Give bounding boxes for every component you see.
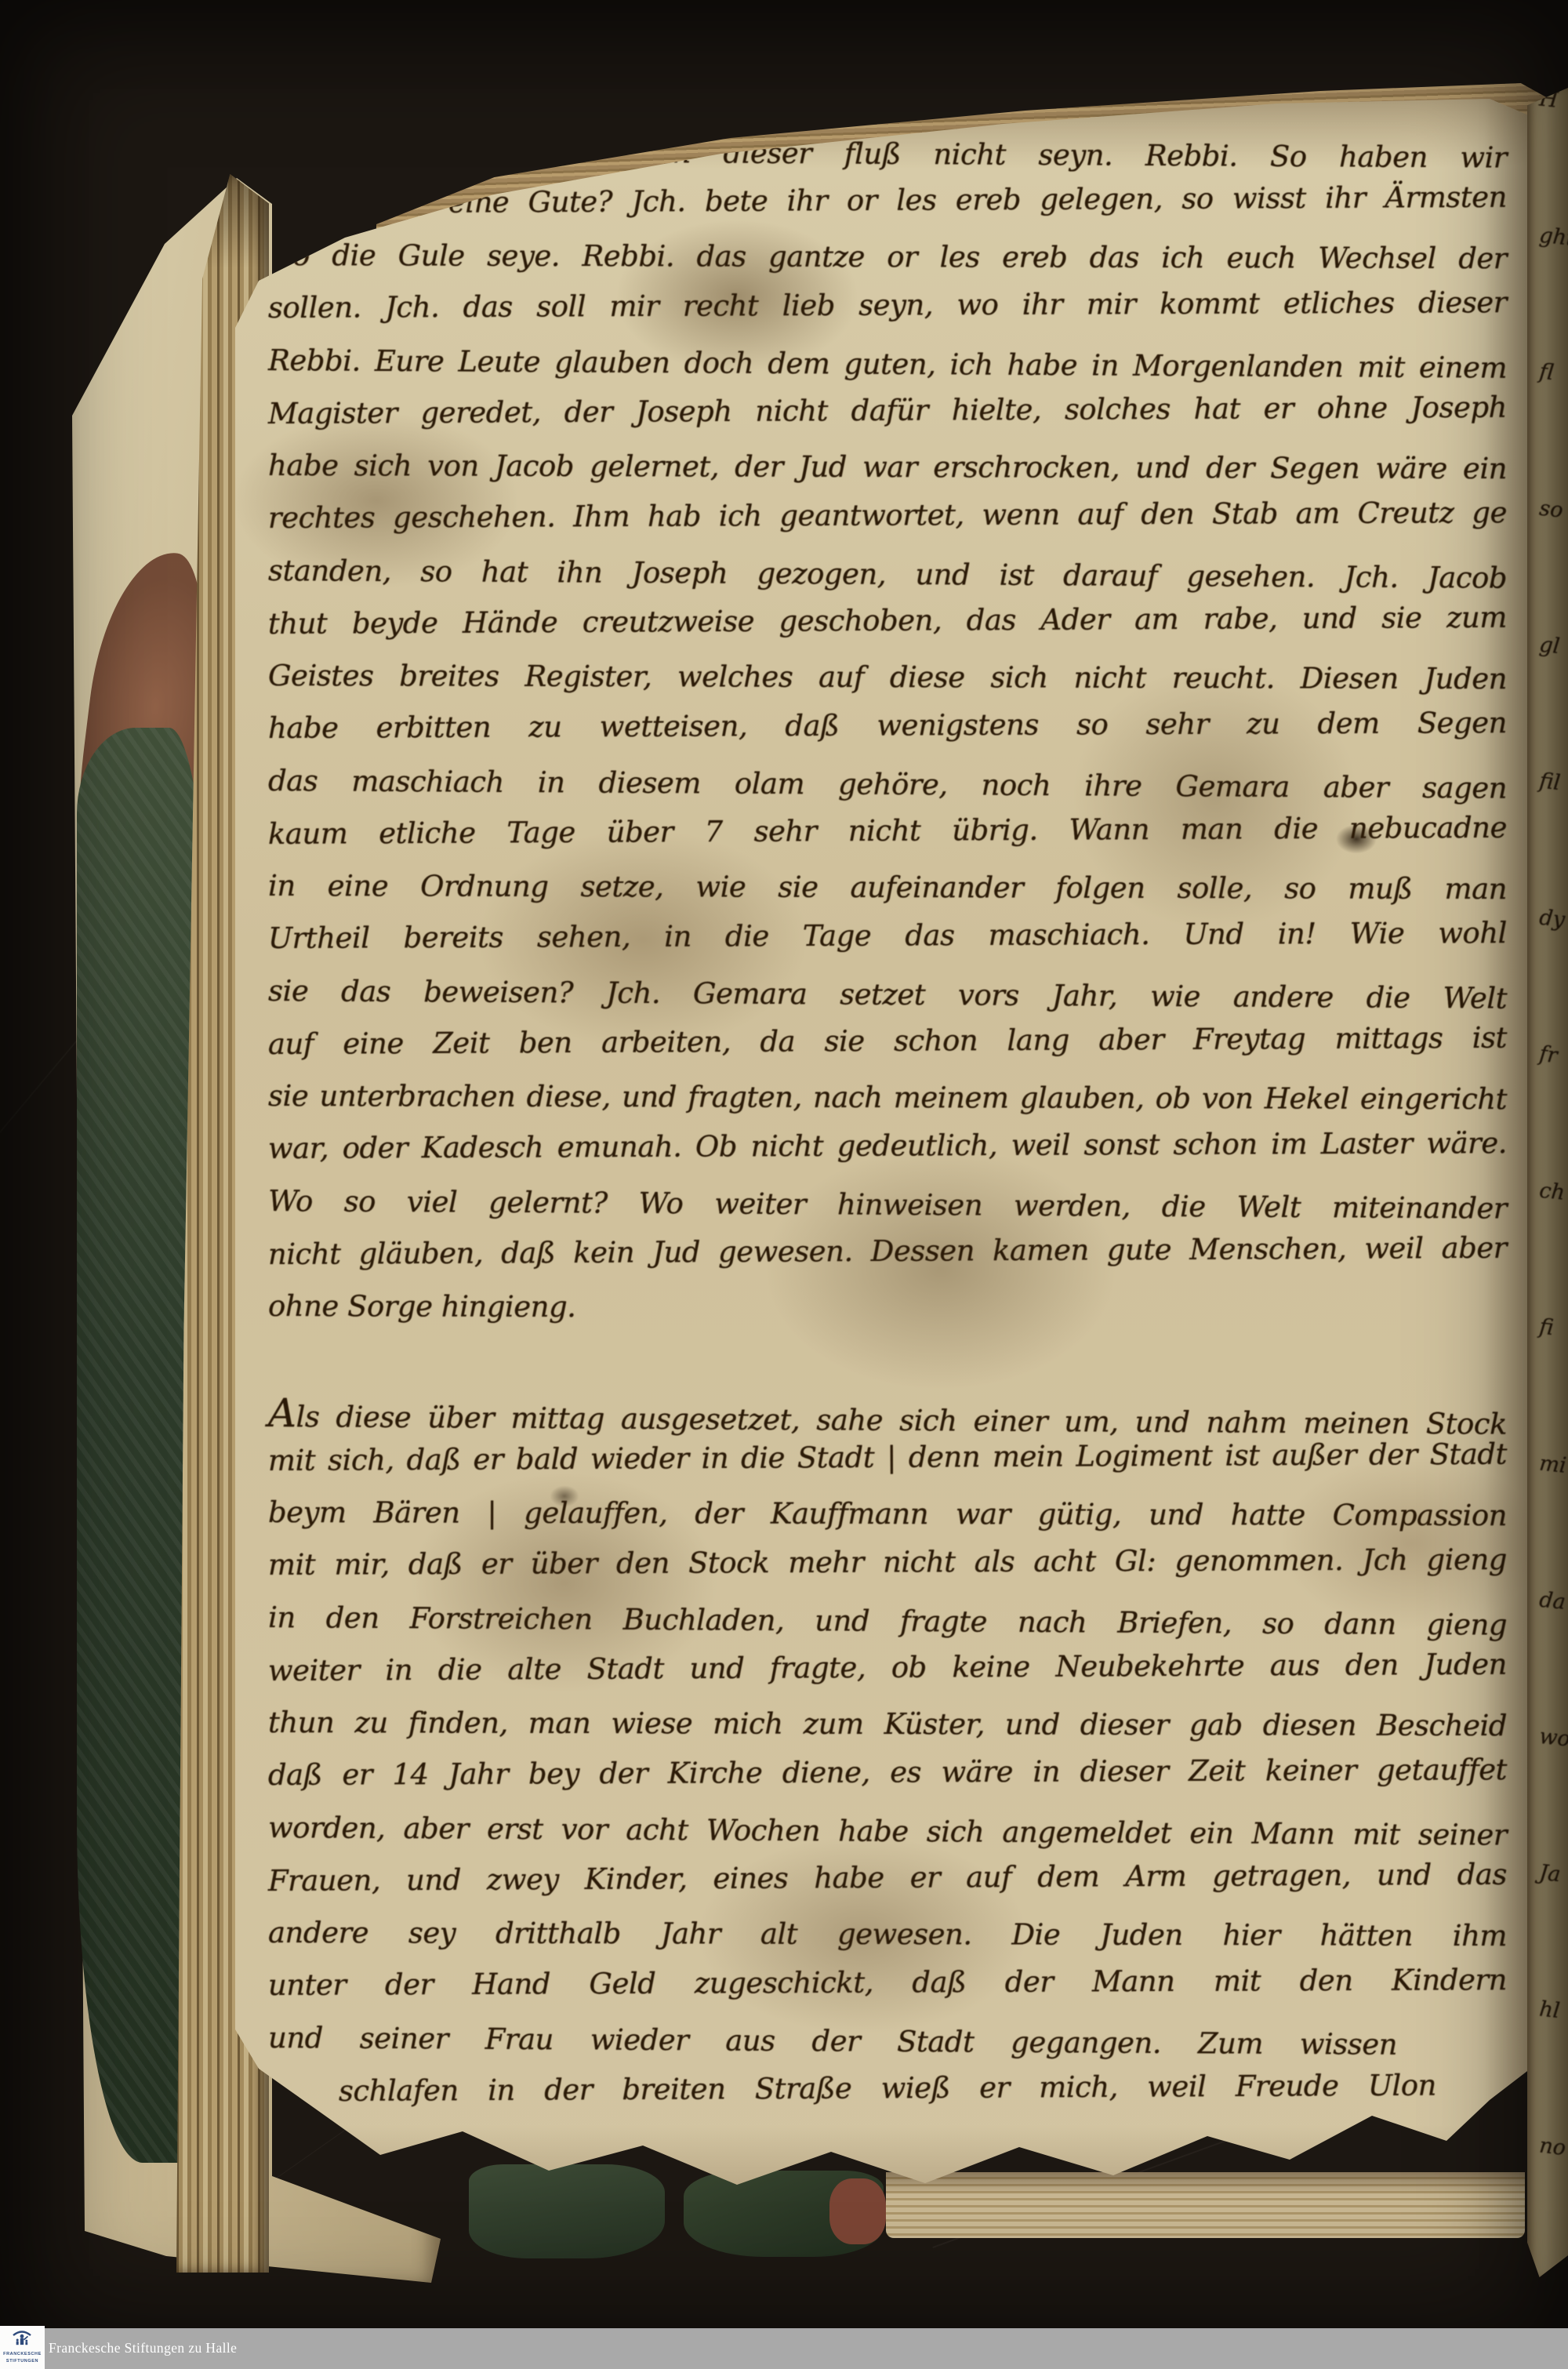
fore-edge-fragment: fl <box>1520 359 1568 499</box>
fore-edge-fragment: no <box>1520 2133 1568 2273</box>
fore-edge-fragment: Ja <box>1520 1860 1568 2000</box>
fore-edge-fragment: dy <box>1520 905 1568 1045</box>
handwriting-line: kaum etliche Tage über 7 sehr nicht übri… <box>268 811 1507 870</box>
fore-edge-fragment: ch <box>1520 1178 1568 1317</box>
handwriting-line: nicht gläuben, daß kein Jud gewesen. Des… <box>268 1231 1507 1290</box>
fore-edge-fragment: wo <box>1520 1724 1568 1863</box>
handwriting-line: unter der Hand Geld zugeschickt, daß der… <box>268 1963 1507 2021</box>
fore-edge-fragment: H <box>1520 86 1568 226</box>
fore-edge-fragment: fi <box>1520 1314 1568 1454</box>
handwriting-line: habe erbitten zu wetteisen, daß wenigste… <box>268 706 1507 764</box>
handwriting-line: Magister geredet, der Joseph nicht dafür… <box>268 391 1507 449</box>
bottom-under-pages <box>886 2172 1525 2238</box>
manuscript-page: leatid labo. Vollelien kan dieser fluß n… <box>235 93 1530 2243</box>
handwriting-line: mit mir, daß er über den Stock mehr nich… <box>268 1542 1507 1601</box>
francke-monument-icon <box>12 2329 32 2348</box>
handwriting-line: thut beyde Hände creutzweise geschoben, … <box>268 601 1507 659</box>
handwriting-line: schlafen in der breiten Straße wieß er m… <box>339 2069 1436 2127</box>
handwriting-line: doch nicht eine Gute? Jch. bete ihr or l… <box>268 180 1507 239</box>
institution-logo: FRANCKESCHE STIFTUNGEN <box>0 2326 45 2369</box>
fore-edge-fragment: gl <box>1520 632 1568 772</box>
fore-edge-fragment: ght <box>1520 223 1568 362</box>
marbled-cover-below-page <box>829 2178 886 2244</box>
handwriting-line: auf eine Zeit ben arbeiten, da sie schon… <box>268 1021 1507 1080</box>
handwriting-paragraph-2: Als diese über mittag ausgesetzet, sahe … <box>268 1390 1507 2126</box>
handwriting-line: Urtheil bereits sehen, in die Tage das m… <box>268 916 1507 974</box>
handwriting-line: weiter in die alte Stadt und fragte, ob … <box>268 1648 1507 1706</box>
handwriting-line: Frauen, und zwey Kinder, eines habe er a… <box>268 1858 1507 1917</box>
handwriting-line: daß er 14 Jahr bey der Kirche diene, es … <box>268 1753 1507 1811</box>
fore-edge-fragment: mi <box>1520 1451 1568 1590</box>
fore-edge-text-strip: H ght fl so gl fil dy fr ch fi mi da wo … <box>1527 88 1568 2277</box>
fore-edge-fragment: hl <box>1520 1997 1568 2136</box>
logo-text-line1: FRANCKESCHE <box>0 2352 45 2356</box>
handwriting-line: mit sich, daß er bald wieder in die Stad… <box>268 1437 1507 1496</box>
marbled-cover-below-page <box>469 2164 665 2258</box>
handwriting-line: war, oder Kadesch emunah. Ob nicht gedeu… <box>268 1126 1507 1184</box>
fore-edge-fragment: fr <box>1520 1041 1568 1181</box>
handwriting-line: rechtes geschehen. Ihm hab ich geantwort… <box>268 496 1507 554</box>
fore-edge-fragment: fil <box>1520 768 1568 908</box>
handwriting-line: sollen. Jch. das soll mir recht lieb sey… <box>268 285 1507 343</box>
handwriting-line: ohne Sorge hingieng. <box>268 1289 1507 1345</box>
institution-name: Franckesche Stiftungen zu Halle <box>49 2328 237 2369</box>
archival-scan-photo: leatid labo. Vollelien kan dieser fluß n… <box>0 0 1568 2369</box>
fore-edge-fragment: so <box>1520 496 1568 635</box>
handwriting-paragraph-1: leatid labo. Vollelien kan dieser fluß n… <box>268 133 1507 1342</box>
logo-text-line2: STIFTUNGEN <box>0 2359 45 2364</box>
fore-edge-fragment: da <box>1520 1587 1568 1727</box>
